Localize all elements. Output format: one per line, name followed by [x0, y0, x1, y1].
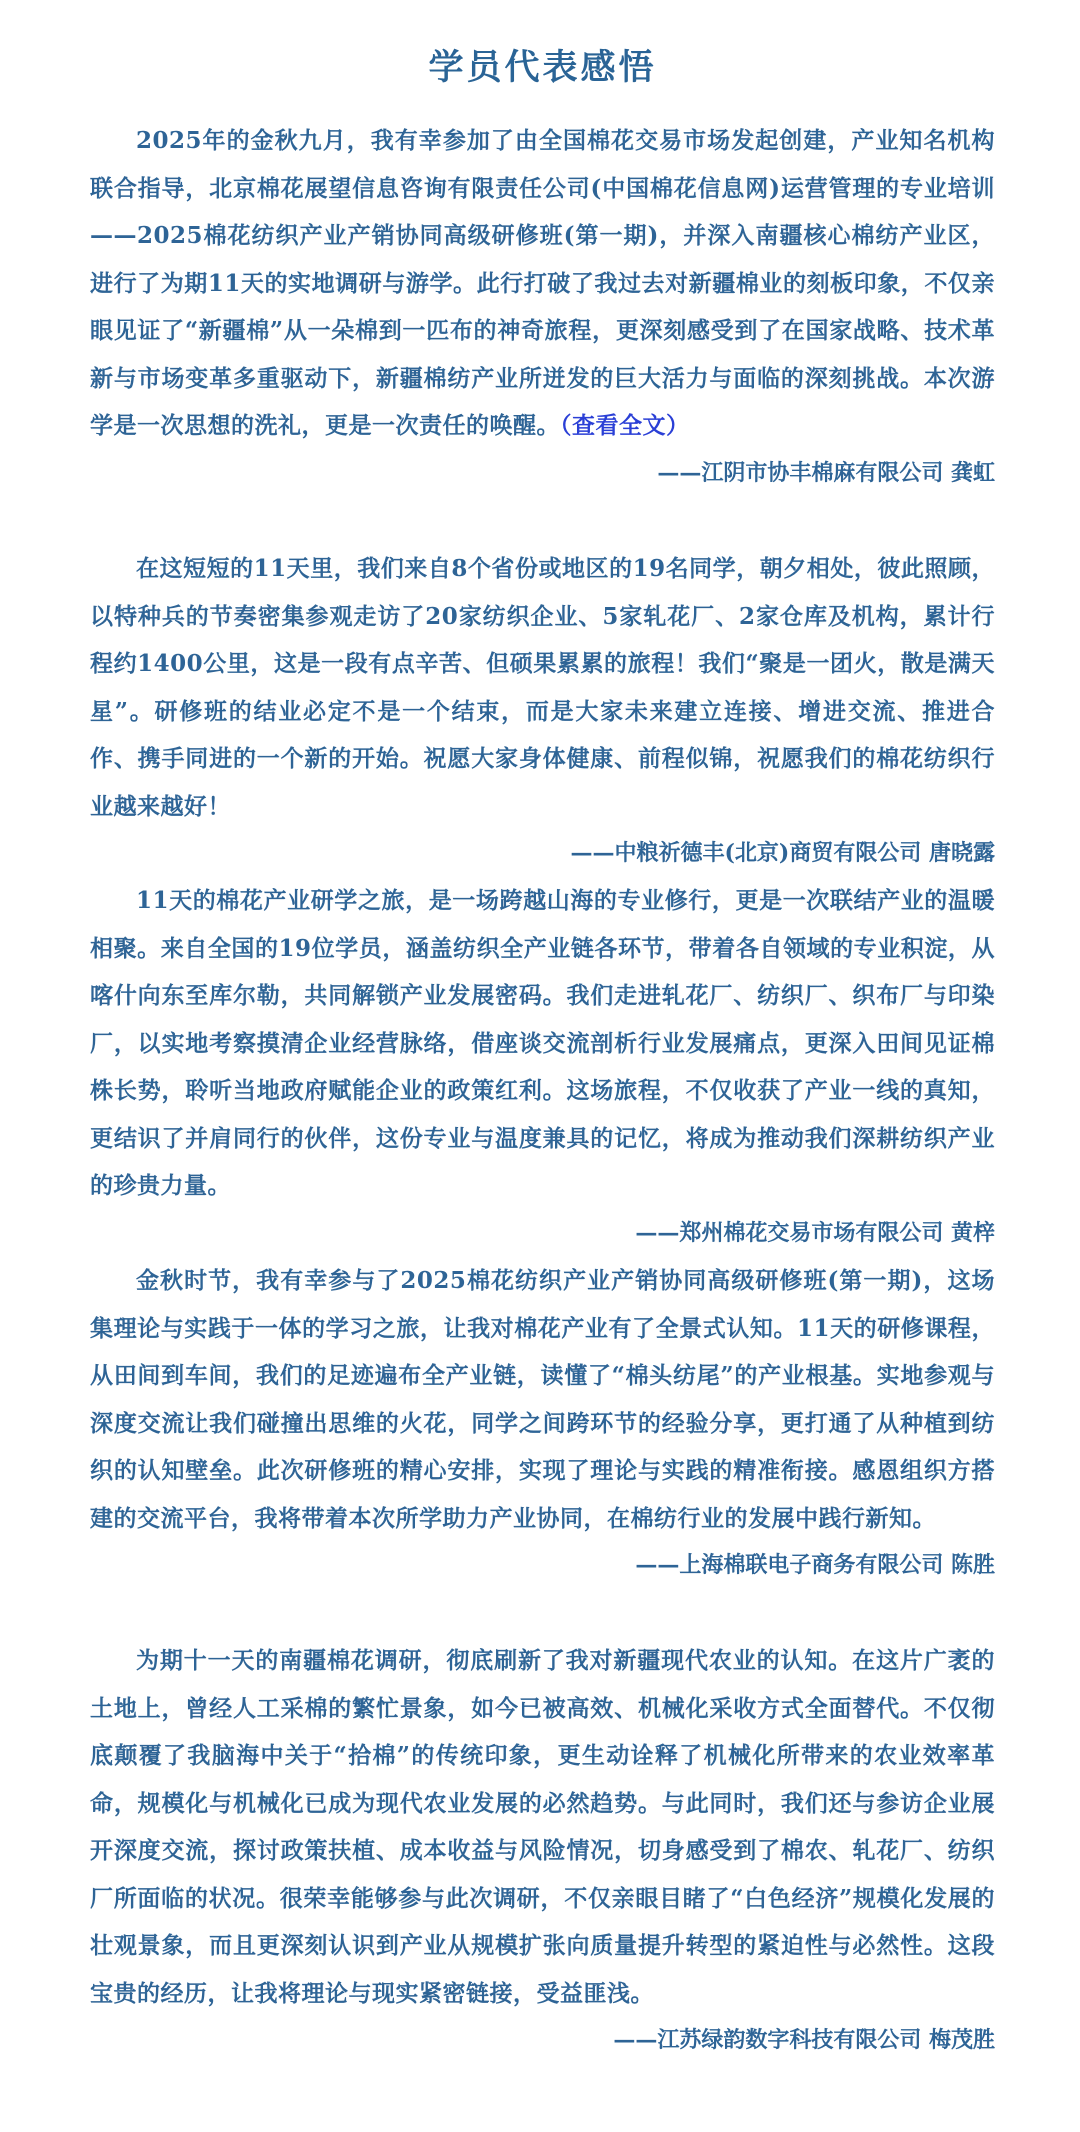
testimonial-entry-5: 为期十一天的南疆棉花调研，彻底刷新了我对新疆现代农业的认知。在这片广袤的土地上，… — [90, 1637, 995, 2065]
testimonial-text: 2025年的金秋九月，我有幸参加了由全国棉花交易市场发起创建，产业知名机构联合指… — [90, 117, 995, 450]
read-full-text-link[interactable]: （查看全文） — [560, 412, 690, 439]
testimonial-signature: ——中粮祈德丰(北京)商贸有限公司 唐晓露 — [90, 830, 995, 878]
page-title: 学员代表感悟 — [90, 0, 995, 98]
article-page: 学员代表感悟 2025年的金秋九月，我有幸参加了由全国棉花交易市场发起创建，产业… — [90, 0, 995, 98]
testimonial-entry-4: 金秋时节，我有幸参与了2025棉花纺织产业产销协同高级研修班(第一期)，这场集理… — [90, 1257, 995, 1590]
testimonial-body: 2025年的金秋九月，我有幸参加了由全国棉花交易市场发起创建，产业知名机构联合指… — [90, 127, 995, 439]
testimonial-signature: ——江苏绿韵数字科技有限公司 梅茂胜 — [90, 2017, 995, 2065]
testimonial-text: 在这短短的11天里，我们来自8个省份或地区的19名同学，朝夕相处，彼此照顾，以特… — [90, 545, 995, 830]
testimonial-text: 11天的棉花产业研学之旅，是一场跨越山海的专业修行，更是一次联结产业的温暖相聚。… — [90, 877, 995, 1210]
testimonial-signature: ——江阴市协丰棉麻有限公司 龚虹 — [90, 450, 995, 498]
testimonial-entry-2: 在这短短的11天里，我们来自8个省份或地区的19名同学，朝夕相处，彼此照顾，以特… — [90, 545, 995, 878]
testimonial-entry-3: 11天的棉花产业研学之旅，是一场跨越山海的专业修行，更是一次联结产业的温暖相聚。… — [90, 877, 995, 1257]
testimonial-entry-1: 2025年的金秋九月，我有幸参加了由全国棉花交易市场发起创建，产业知名机构联合指… — [90, 117, 995, 497]
testimonial-signature: ——上海棉联电子商务有限公司 陈胜 — [90, 1542, 995, 1590]
testimonial-text: 为期十一天的南疆棉花调研，彻底刷新了我对新疆现代农业的认知。在这片广袤的土地上，… — [90, 1637, 995, 2017]
testimonial-text: 金秋时节，我有幸参与了2025棉花纺织产业产销协同高级研修班(第一期)，这场集理… — [90, 1257, 995, 1542]
testimonial-signature: ——郑州棉花交易市场有限公司 黄梓 — [90, 1210, 995, 1258]
